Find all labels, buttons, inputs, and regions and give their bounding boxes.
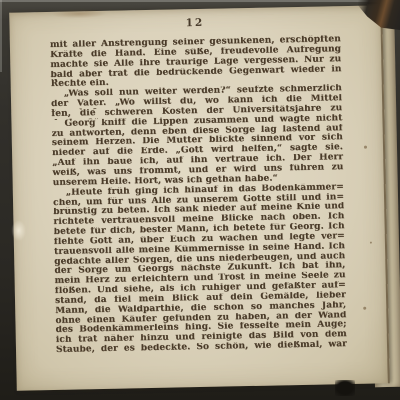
paragraph: „Heute früh ging ich hinauf in das Boden… bbox=[53, 183, 347, 356]
page-speck bbox=[363, 307, 366, 310]
page-stain bbox=[11, 220, 25, 240]
paragraph: mit aller Anstrengung seiner gesunkenen,… bbox=[50, 35, 342, 90]
scan-edge-left bbox=[0, 0, 2, 72]
book-page: 12 mit aller Anstrengung seiner gesunken… bbox=[9, 5, 390, 390]
page-speck bbox=[370, 242, 372, 244]
bottom-shadow-blob bbox=[335, 380, 355, 396]
scanned-book-photo: 12 mit aller Anstrengung seiner gesunken… bbox=[0, 0, 400, 400]
paragraph: Georg kniff die Lippen zusammen und wagt… bbox=[51, 114, 343, 189]
page-speck bbox=[364, 146, 367, 149]
page-speck bbox=[310, 69, 312, 71]
page-stain bbox=[51, 9, 107, 19]
scan-edge-top bbox=[0, 0, 400, 2]
page-text: mit aller Anstrengung seiner gesunkenen,… bbox=[50, 35, 347, 356]
